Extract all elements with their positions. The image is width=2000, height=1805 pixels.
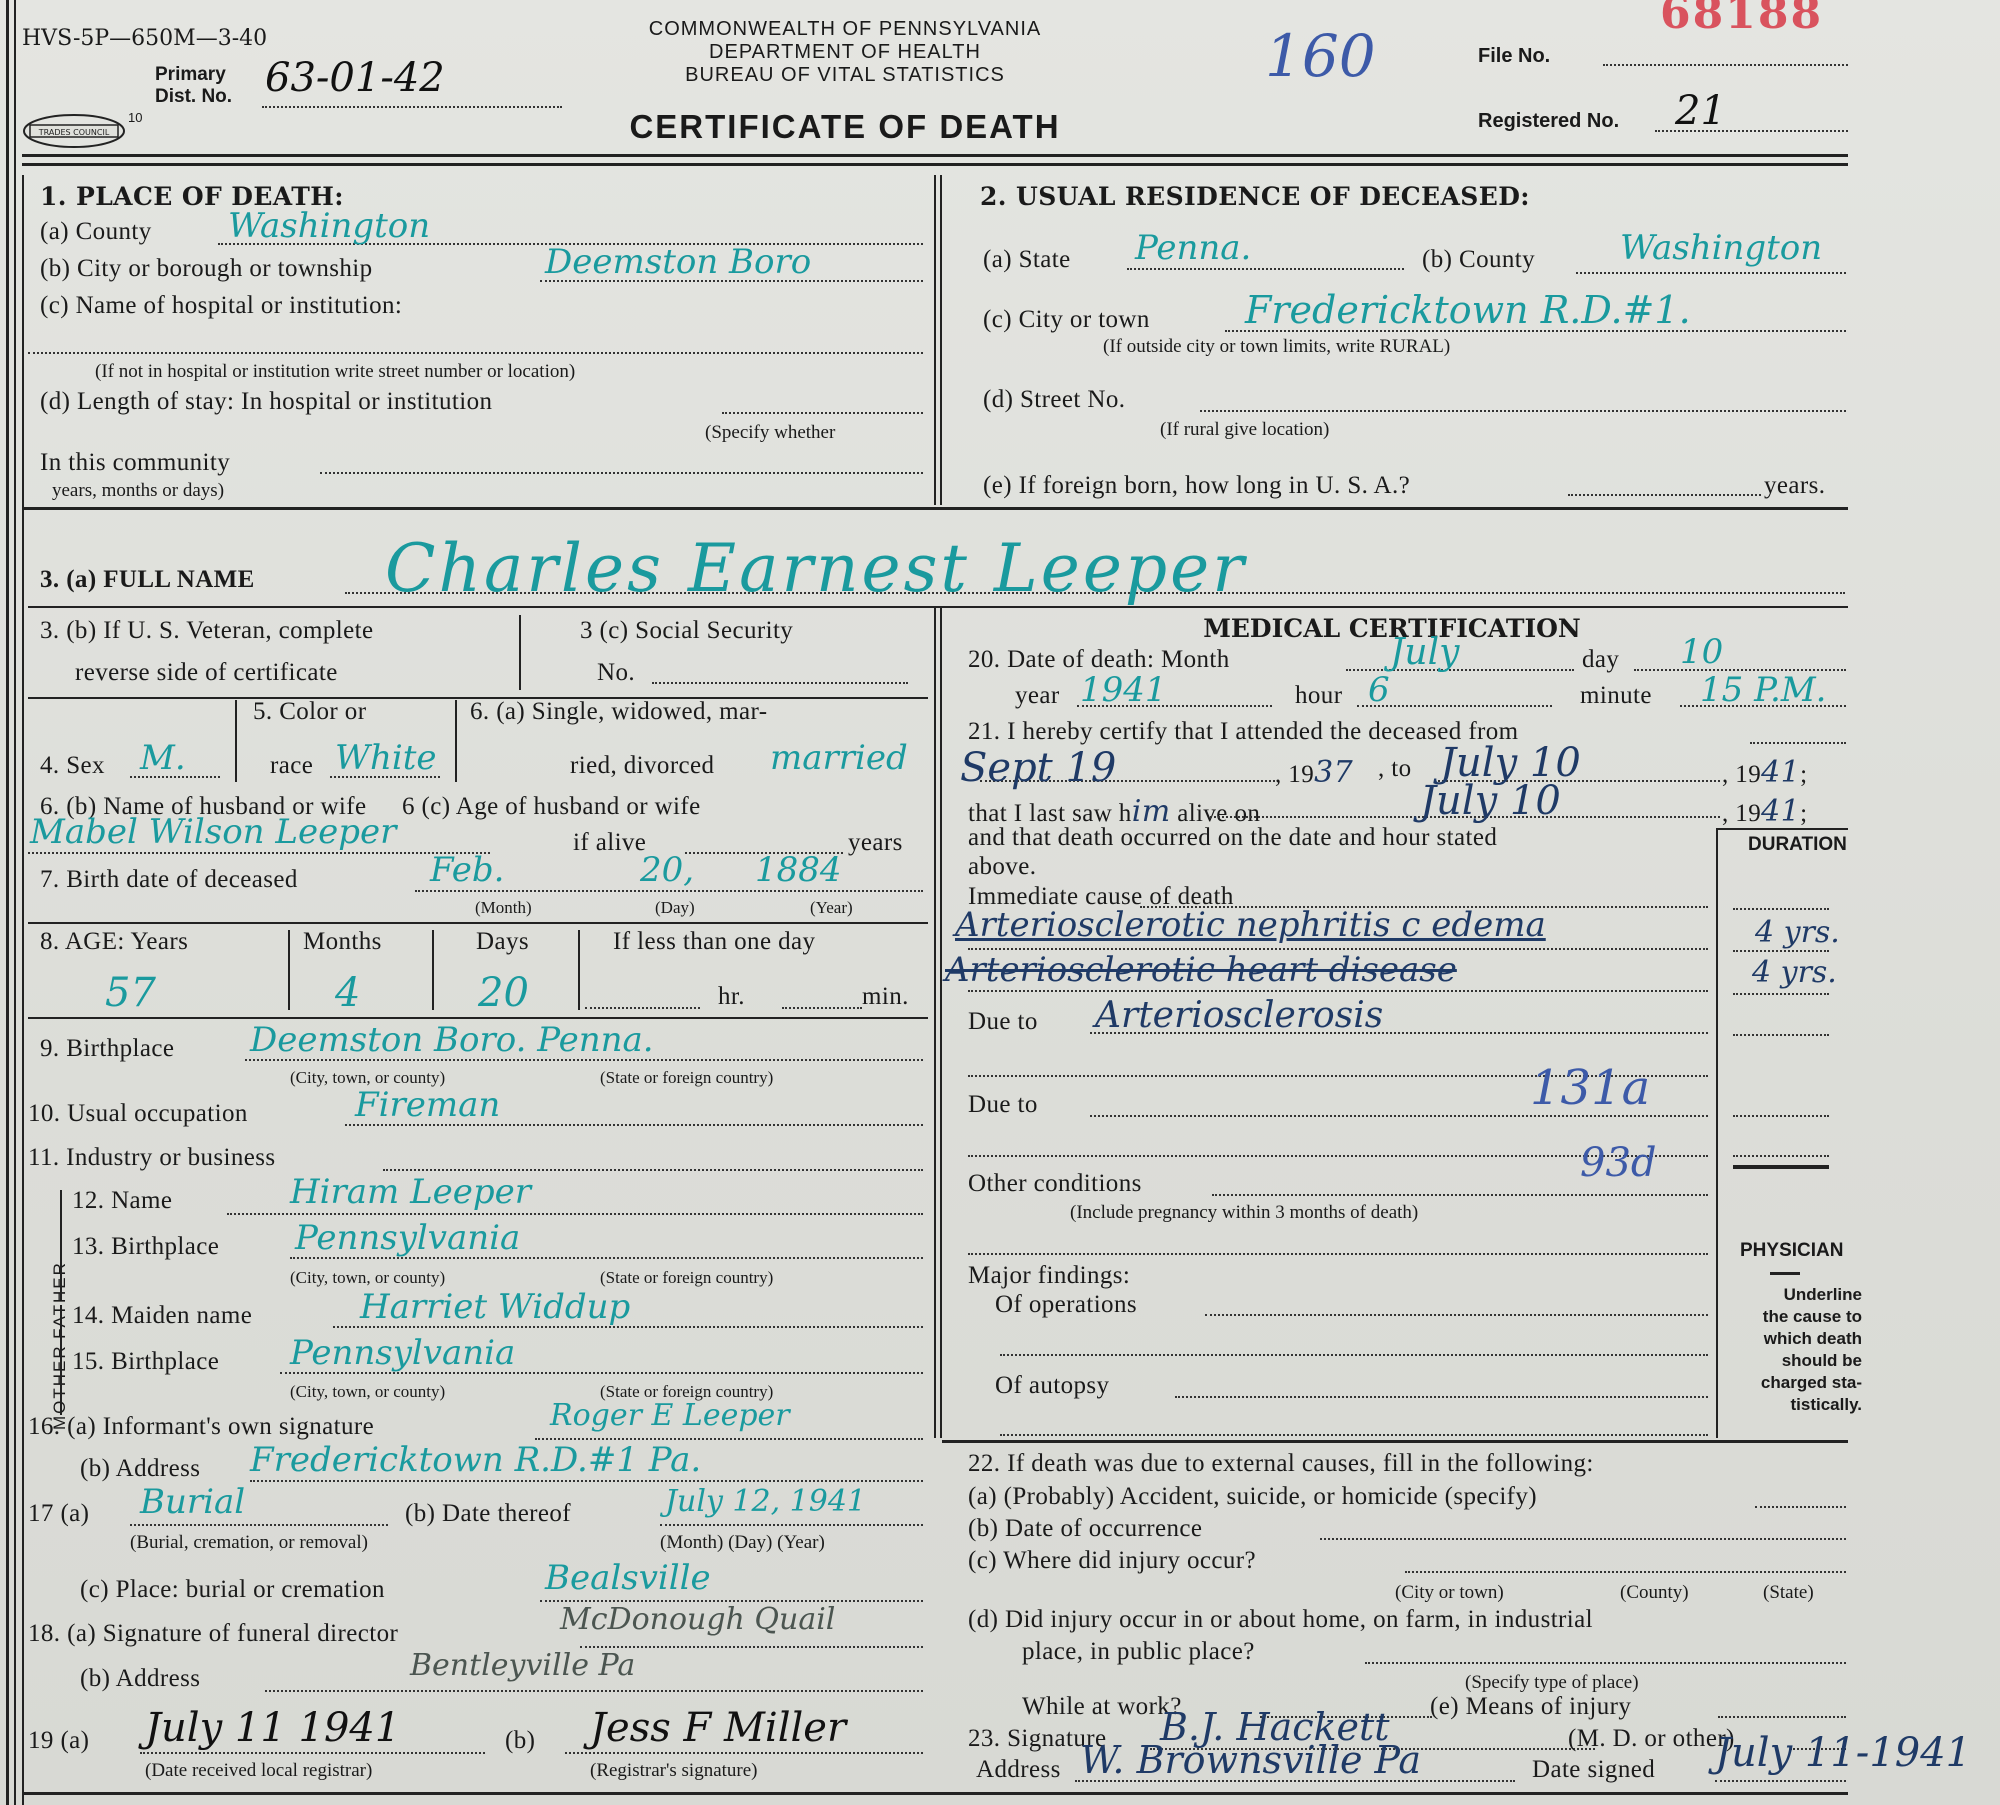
section-rule-3 xyxy=(28,606,1848,608)
sex-value[interactable]: M. xyxy=(140,738,186,778)
duration-line-6 xyxy=(1733,1155,1829,1157)
residence-county-label: (b) County xyxy=(1422,246,1535,274)
physician-note-line: charged sta- xyxy=(1728,1372,1862,1394)
birth-year-value[interactable]: 1884 xyxy=(755,850,842,890)
burial-type-label: 17 (a) xyxy=(28,1500,89,1528)
mother-birthplace-value[interactable]: Pennsylvania xyxy=(290,1333,515,1373)
attend-to-label: , to xyxy=(1378,755,1412,783)
other-conditions-label: Other conditions xyxy=(968,1170,1142,1198)
physician-address-value[interactable]: W. Brownsville Pa xyxy=(1080,1738,1421,1782)
section-divider-b xyxy=(940,175,942,505)
attend-from-year: , 1937 xyxy=(1275,755,1353,790)
age-div-1 xyxy=(288,930,290,1010)
informant-signature-value[interactable]: Roger E Leeper xyxy=(550,1398,790,1433)
left-border-inner xyxy=(14,0,16,1805)
burial-type-value[interactable]: Burial xyxy=(140,1482,245,1522)
veteran-label-1: 3. (b) If U. S. Veteran, complete xyxy=(40,617,373,645)
immediate-cause-value-1[interactable]: Arteriosclerotic nephritis c edema xyxy=(955,905,1546,945)
residence-state-value[interactable]: Penna. xyxy=(1135,228,1251,268)
union-bug-icon: TRADES COUNCIL xyxy=(22,113,126,149)
age-years-value[interactable]: 57 xyxy=(105,970,156,1016)
date-signed-value[interactable]: July 11-1941 xyxy=(1715,1730,1971,1776)
immediate-cause-value-2[interactable]: Arteriosclerotic heart disease xyxy=(945,950,1457,990)
funeral-address-value[interactable]: Bentleyville Pa xyxy=(410,1648,635,1683)
column-divider-b xyxy=(940,608,942,1438)
registrar-sig-value[interactable]: Jess F Miller xyxy=(590,1705,846,1751)
foreign-born-unit: years. xyxy=(1764,472,1825,500)
industry-field[interactable] xyxy=(383,1169,923,1171)
burial-date-line xyxy=(660,1524,923,1526)
duration-line-2 xyxy=(1733,950,1829,952)
sex-label: 4. Sex xyxy=(40,752,105,780)
physician-rule xyxy=(1770,1272,1800,1275)
age-min-label: min. xyxy=(862,983,909,1011)
marital-label-2: ried, divorced xyxy=(570,752,714,780)
left-border-outer xyxy=(6,0,9,1805)
death-hour-label: hour xyxy=(1295,682,1342,710)
attend-text-line xyxy=(1750,742,1846,744)
burial-place-value[interactable]: Bealsville xyxy=(545,1558,711,1598)
physician-note-line: tistically. xyxy=(1728,1394,1862,1416)
funeral-director-value[interactable]: McDonough Quail xyxy=(560,1602,835,1637)
registrar-date-label: 19 (a) xyxy=(28,1727,89,1755)
pencil-number: 160 xyxy=(1265,22,1376,90)
spouse-name-line xyxy=(28,852,490,854)
burial-date-caption: (Month) (Day) (Year) xyxy=(660,1532,825,1554)
residence-heading: 2. USUAL RESIDENCE OF DECEASED: xyxy=(980,182,1530,211)
operations-label: Of operations xyxy=(995,1291,1137,1319)
mother-city-caption: (City, town, or county) xyxy=(290,1382,445,1402)
stay-note: (Specify whether xyxy=(705,422,835,444)
full-name-label-prefix: 3. (a) FULL NAME xyxy=(40,566,255,594)
due-to-label-1: Due to xyxy=(968,1008,1038,1036)
hospital-note: (If not in hospital or institution write… xyxy=(95,361,575,383)
column-divider-a xyxy=(934,608,936,1438)
residence-street-note: (If rural give location) xyxy=(1160,419,1329,441)
duration-top-rule xyxy=(1718,828,1848,830)
file-no-label: File No. xyxy=(1478,45,1550,68)
md-or-other-label: (M. D. or other) xyxy=(1568,1725,1735,1753)
external-c-caption-state: (State) xyxy=(1763,1582,1814,1604)
duration-line-4 xyxy=(1733,1034,1829,1036)
funeral-address-line xyxy=(265,1690,923,1692)
bottom-rule xyxy=(22,1792,1848,1795)
svg-text:TRADES COUNCIL: TRADES COUNCIL xyxy=(38,128,110,137)
while-at-work-label: While at work? xyxy=(1022,1693,1182,1721)
registrar-date-value[interactable]: July 11 1941 xyxy=(145,1705,400,1751)
marital-value[interactable]: married xyxy=(770,738,908,778)
ssn-label-1: 3 (c) Social Security xyxy=(580,617,793,645)
agency-block: COMMONWEALTH OF PENNSYLVANIA DEPARTMENT … xyxy=(560,18,1130,87)
duration-value-1[interactable]: 4 yrs. xyxy=(1755,915,1840,950)
birth-month-value[interactable]: Feb. xyxy=(430,850,504,890)
duration-value-2[interactable]: 4 yrs. xyxy=(1752,955,1837,990)
death-minute-value[interactable]: 15 P.M. xyxy=(1700,670,1827,710)
marital-label-1: 6. (a) Single, widowed, mar- xyxy=(470,698,767,726)
age-rule xyxy=(28,1017,928,1019)
occurred-text-2: above. xyxy=(968,853,1036,881)
burial-place-label: (c) Place: burial or cremation xyxy=(80,1576,385,1604)
birthplace-label: 9. Birthplace xyxy=(40,1035,174,1063)
external-heading: 22. If death was due to external causes,… xyxy=(968,1450,1594,1478)
burial-type-caption: (Burial, cremation, or removal) xyxy=(130,1532,368,1554)
death-county-value[interactable]: Washington xyxy=(228,206,430,246)
industry-label: 11. Industry or business xyxy=(28,1144,276,1172)
death-day-label: day xyxy=(1582,646,1619,674)
other-conditions-note: (Include pregnancy within 3 months of de… xyxy=(1070,1202,1418,1224)
death-year-value[interactable]: 1941 xyxy=(1080,670,1167,710)
primary-dist-value: 63-01-42 xyxy=(265,55,445,101)
death-hour-value[interactable]: 6 xyxy=(1368,670,1390,710)
sex-divider xyxy=(235,700,237,782)
spouse-age-unit: years xyxy=(848,829,903,857)
duration-line-3 xyxy=(1733,993,1829,995)
funeral-address-label: (b) Address xyxy=(80,1665,200,1693)
birth-date-line xyxy=(415,890,923,892)
date-signed-line xyxy=(1715,1780,1846,1782)
external-b-field[interactable] xyxy=(1320,1538,1846,1540)
death-county-label: (a) County xyxy=(40,218,152,246)
external-d-label-1: (d) Did injury occur in or about home, o… xyxy=(968,1606,1593,1634)
birth-day-value[interactable]: 20, xyxy=(640,850,694,890)
registrar-sig-label: (b) xyxy=(505,1727,535,1755)
death-day-value[interactable]: 10 xyxy=(1680,632,1723,672)
last-saw-year-prefix: , 19 xyxy=(1722,800,1761,827)
last-saw-label-text: that I last saw h xyxy=(968,800,1132,827)
color-label-1: 5. Color or xyxy=(253,698,366,726)
registered-no-label: Registered No. xyxy=(1478,110,1619,133)
veteran-label-2: reverse side of certificate xyxy=(75,659,338,687)
spouse-age-label-2: if alive xyxy=(573,829,646,857)
physician-heading: PHYSICIAN xyxy=(1740,1240,1843,1262)
hospital-label: (c) Name of hospital or institution: xyxy=(40,292,402,320)
last-saw-year: , 1941; xyxy=(1722,794,1807,829)
birth-date-label: 7. Birth date of deceased xyxy=(40,866,298,894)
veteran-divider xyxy=(519,615,521,690)
community-label: In this community xyxy=(40,449,230,477)
duration-line-5 xyxy=(1733,1115,1829,1117)
major-findings-label: Major findings: xyxy=(968,1262,1130,1290)
operations-line-2 xyxy=(1000,1354,1708,1356)
agency-line-1: COMMONWEALTH OF PENNSYLVANIA xyxy=(560,18,1130,41)
attend-from-value[interactable]: Sept 19 xyxy=(960,745,1116,791)
registered-no-value[interactable]: 21 xyxy=(1675,88,1726,134)
birthplace-state-caption: (State or foreign country) xyxy=(600,1068,773,1088)
stay-line[interactable] xyxy=(722,412,923,414)
father-state-caption: (State or foreign country) xyxy=(600,1268,773,1288)
duration-bottom-rule xyxy=(1733,1165,1829,1169)
funeral-director-label: 18. (a) Signature of funeral director xyxy=(28,1620,398,1648)
age-months-value[interactable]: 4 xyxy=(335,970,360,1016)
father-birthplace-label: 13. Birthplace xyxy=(72,1233,219,1261)
medical-bottom-rule xyxy=(942,1440,1848,1443)
race-value[interactable]: White xyxy=(335,738,437,778)
residence-street-field[interactable] xyxy=(1200,410,1846,412)
full-name-value[interactable]: Charles Earnest Leeper xyxy=(385,530,1247,607)
external-c-field[interactable] xyxy=(1405,1571,1846,1573)
informant-address-label: (b) Address xyxy=(80,1455,200,1483)
mother-birthplace-label: 15. Birthplace xyxy=(72,1348,219,1376)
attend-to-year-prefix: , 19 xyxy=(1722,761,1761,788)
form-code: HVS-5P—650M—3-40 xyxy=(22,26,267,51)
duration-line-1 xyxy=(1733,908,1829,910)
external-c-label: (c) Where did injury occur? xyxy=(968,1547,1256,1575)
full-name-label: 3. (a) FULL NAME xyxy=(40,566,255,593)
registrar-sig-caption: (Registrar's signature) xyxy=(590,1760,758,1782)
autopsy-line-2 xyxy=(1000,1434,1708,1436)
residence-street-label: (d) Street No. xyxy=(983,386,1125,414)
registrar-date-line xyxy=(140,1752,485,1754)
birth-day-caption: (Day) xyxy=(655,898,695,918)
last-saw-year-value[interactable]: 41 xyxy=(1761,794,1800,829)
burial-type-line xyxy=(130,1524,388,1526)
foreign-born-label: (e) If foreign born, how long in U. S. A… xyxy=(983,472,1410,500)
community-note: years, months or days) xyxy=(52,480,224,502)
birthplace-value[interactable]: Deemston Boro. Penna. xyxy=(250,1020,654,1060)
burial-date-label: (b) Date thereof xyxy=(405,1500,571,1528)
death-city-label: (b) City or borough or township xyxy=(40,255,373,283)
agency-line-3: BUREAU OF VITAL STATISTICS xyxy=(560,64,1130,87)
external-a-label: (a) (Probably) Accident, suicide, or hom… xyxy=(968,1483,1537,1511)
foreign-born-field[interactable] xyxy=(1568,494,1761,496)
attend-from-year-prefix: , 19 xyxy=(1275,761,1314,788)
age-months-label: Months xyxy=(303,928,382,956)
age-days-label: Days xyxy=(476,928,529,956)
physician-note-line: the cause to xyxy=(1728,1306,1862,1328)
spouse-age-label-1: 6 (c) Age of husband or wife xyxy=(402,793,701,821)
residence-county-line xyxy=(1576,272,1846,274)
ssn-label-2: No. xyxy=(597,659,635,687)
certificate-title: CERTIFICATE OF DEATH xyxy=(560,108,1130,146)
stamp-number: 68188 xyxy=(1660,0,1823,39)
spouse-name-value[interactable]: Mabel Wilson Leeper xyxy=(30,812,396,852)
attend-from-year-value[interactable]: 37 xyxy=(1314,755,1353,790)
attend-to-year-value[interactable]: 41 xyxy=(1761,755,1800,790)
burial-date-value[interactable]: July 12, 1941 xyxy=(665,1484,866,1519)
death-minute-label: minute xyxy=(1580,682,1652,710)
father-name-label: 12. Name xyxy=(72,1187,172,1215)
stay-label: (d) Length of stay: In hospital or insti… xyxy=(40,388,492,416)
father-name-value[interactable]: Hiram Leeper xyxy=(290,1172,531,1212)
occupation-label: 10. Usual occupation xyxy=(28,1100,248,1128)
physician-address-label: Address xyxy=(976,1756,1061,1784)
pencil-code-1: 131a xyxy=(1530,1060,1650,1116)
mother-maiden-value[interactable]: Harriet Widdup xyxy=(360,1287,630,1327)
age-days-value[interactable]: 20 xyxy=(478,970,529,1016)
age-less-label: If less than one day xyxy=(613,928,815,956)
due-to-value-1[interactable]: Arteriosclerosis xyxy=(1095,995,1383,1036)
alive-on-label: alive on xyxy=(1177,800,1260,827)
external-d-label-2: place, in public place? xyxy=(1022,1638,1255,1666)
immediate-cause-line-2 xyxy=(968,990,1708,992)
ssn-field[interactable] xyxy=(652,682,908,684)
death-year-label: year xyxy=(1015,682,1060,710)
union-bug-number: 10 xyxy=(128,110,142,125)
informant-signature-label: 16. (a) Informant's own signature xyxy=(28,1413,374,1441)
age-label-text: 8. AGE: Years xyxy=(40,928,188,955)
operations-field[interactable] xyxy=(1205,1314,1708,1316)
registrar-sig-line xyxy=(565,1752,923,1754)
external-c-caption-city: (City or town) xyxy=(1395,1582,1504,1604)
primary-label: Primary xyxy=(155,64,232,86)
duration-divider xyxy=(1716,828,1718,1438)
informant-address-value[interactable]: Fredericktown R.D.#1 Pa. xyxy=(250,1440,701,1480)
physician-note-line: should be xyxy=(1728,1350,1862,1372)
birth-rule xyxy=(28,922,928,924)
occurred-text-1: and that death occurred on the date and … xyxy=(968,824,1497,852)
birth-year-caption: (Year) xyxy=(810,898,853,918)
death-month-value[interactable]: July xyxy=(1390,632,1459,673)
hospital-line[interactable] xyxy=(28,352,923,354)
residence-city-value[interactable]: Fredericktown R.D.#1. xyxy=(1245,288,1691,332)
dist-no-label: Dist. No. xyxy=(155,86,232,108)
age-div-2 xyxy=(432,930,434,1010)
external-c-caption-county: (County) xyxy=(1620,1582,1689,1604)
physician-note-line: which death xyxy=(1728,1328,1862,1350)
external-a-field[interactable] xyxy=(1755,1506,1846,1508)
physician-note: Underline the cause to which death shoul… xyxy=(1728,1284,1862,1416)
means-of-injury-label: (e) Means of injury xyxy=(1430,1693,1631,1721)
residence-city-label: (c) City or town xyxy=(983,306,1150,334)
duration-heading: DURATION xyxy=(1748,834,1847,856)
attend-text: 21. I hereby certify that I attended the… xyxy=(968,718,1519,746)
age-div-3 xyxy=(578,930,580,1010)
other-conditions-field[interactable] xyxy=(1212,1194,1708,1196)
birth-month-caption: (Month) xyxy=(475,898,532,918)
father-bracket xyxy=(60,1190,62,1300)
file-no-field[interactable] xyxy=(1603,64,1848,66)
primary-dist-label: Primary Dist. No. xyxy=(155,64,232,108)
residence-state-label: (a) State xyxy=(983,246,1071,274)
residence-county-value[interactable]: Washington xyxy=(1620,228,1822,268)
age-years-label: 8. AGE: Years xyxy=(40,928,188,956)
date-signed-label: Date signed xyxy=(1532,1756,1655,1784)
autopsy-label: Of autopsy xyxy=(995,1372,1109,1400)
registrar-date-caption: (Date received local registrar) xyxy=(145,1760,372,1782)
primary-dist-line xyxy=(262,106,562,108)
age-hr-field[interactable] xyxy=(585,1007,700,1009)
residence-city-note: (If outside city or town limits, write R… xyxy=(1103,336,1450,358)
external-d-field[interactable] xyxy=(1365,1662,1846,1664)
pencil-code-2: 93d xyxy=(1580,1140,1657,1186)
physician-note-line: Underline xyxy=(1728,1284,1862,1306)
other-conditions-line-2 xyxy=(968,1253,1708,1255)
last-saw-date-value[interactable]: July 10 xyxy=(1420,778,1561,824)
race-divider xyxy=(455,700,457,782)
agency-line-2: DEPARTMENT OF HEALTH xyxy=(560,41,1130,64)
community-line[interactable] xyxy=(320,472,923,474)
header-rule-1 xyxy=(22,154,1848,157)
header-rule-2 xyxy=(22,163,1848,166)
due-to-label-2: Due to xyxy=(968,1091,1038,1119)
attend-to-year: , 1941; xyxy=(1722,755,1807,790)
means-of-injury-field[interactable] xyxy=(1718,1716,1846,1718)
section-rule-2 xyxy=(22,507,1848,510)
residence-state-line xyxy=(1127,268,1404,270)
section-divider-a xyxy=(934,175,936,505)
external-d-caption: (Specify type of place) xyxy=(1465,1672,1639,1694)
informant-address-line xyxy=(250,1480,923,1482)
mother-maiden-label: 14. Maiden name xyxy=(72,1302,252,1330)
occupation-value[interactable]: Fireman xyxy=(355,1085,500,1125)
father-birthplace-value[interactable]: Pennsylvania xyxy=(295,1218,520,1258)
age-hr-label: hr. xyxy=(718,983,745,1011)
left-border-form xyxy=(22,175,24,1805)
mother-bracket xyxy=(60,1305,62,1415)
father-name-line xyxy=(227,1213,923,1215)
age-min-field[interactable] xyxy=(782,1007,862,1009)
father-city-caption: (City, town, or county) xyxy=(290,1268,445,1288)
death-certificate-page: HVS-5P—650M—3-40 Primary Dist. No. 63-01… xyxy=(0,0,2000,1805)
autopsy-field[interactable] xyxy=(1175,1396,1708,1398)
external-b-label: (b) Date of occurrence xyxy=(968,1515,1202,1543)
death-city-value[interactable]: Deemston Boro xyxy=(545,242,811,282)
color-label-2: race xyxy=(270,752,313,780)
